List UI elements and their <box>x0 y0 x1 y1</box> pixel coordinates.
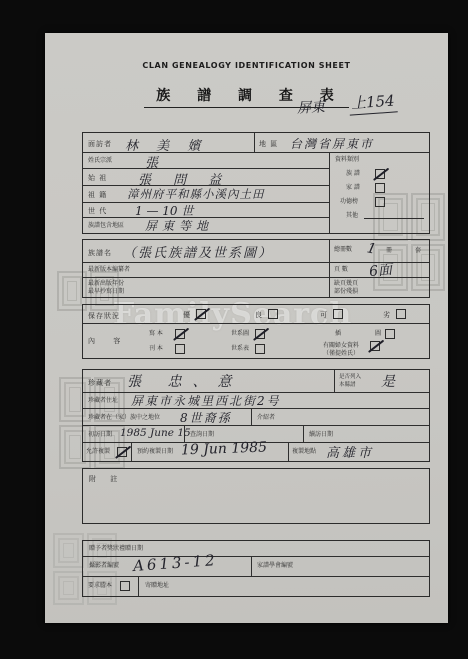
checkbox-transcript-request <box>120 581 130 591</box>
manuscript-label: 寫 本 <box>149 330 163 338</box>
clan-label: 姓氏宗派 <box>88 157 112 165</box>
first-visit-value: 1985 June 15 <box>120 427 191 439</box>
volumes-unit-ce: 冊 <box>386 247 392 255</box>
category-jiapu-label: 家 譜 <box>346 184 360 192</box>
generations-label: 世 代 <box>88 206 107 216</box>
condition-excellent-label: 優 <box>183 310 191 320</box>
coverage-value: 屏東等地 <box>145 217 213 234</box>
interviewer-label: 面訪者 <box>88 139 112 149</box>
coverage-label: 族譜包含地區 <box>88 222 124 230</box>
region-label: 地 區 <box>259 139 278 149</box>
listed-value: 是 <box>381 371 395 391</box>
collector-position-label: 珍藏者在（家）族中之地位 <box>88 414 160 422</box>
publish-year-label: 最新出版年份 <box>88 280 124 288</box>
checkbox-women-data <box>370 341 380 351</box>
collector-value: 張 忠、意 <box>127 371 242 391</box>
filmer-number-label: 攝影者編號 <box>89 562 119 570</box>
missing-pages-label: 缺頁幾頁 <box>334 280 358 288</box>
page-ref-place: 屏東 <box>296 96 325 117</box>
introducer-label: 介紹者 <box>257 414 275 422</box>
condition-good-label: 良 <box>255 310 263 320</box>
inquiry-date-label: 查詢日期 <box>190 431 214 439</box>
society-number-label: 家譜學會編號 <box>257 562 293 570</box>
scanned-document: CLAN GENEALOGY IDENTIFICATION SHEET 族 譜 … <box>0 0 468 659</box>
filmer-number-value: A613-12 <box>132 551 218 575</box>
ancestral-home-value: 漳州府平和縣小溪內土田 <box>127 186 265 202</box>
genealogy-title-label: 族譜名 <box>88 248 112 258</box>
first-visit-label: 初訪日期 <box>88 431 112 439</box>
copy-date-value: 19 Jun 1985 <box>181 440 268 459</box>
category-gongde-label: 功德榜 <box>340 198 358 206</box>
women-data-note: （僅提姓氏） <box>323 350 359 358</box>
women-data-label: 有關婦女資料 <box>323 342 359 350</box>
title-table: 族譜名 （張氏族譜及世系圖） 總冊數 1 冊 套 最新版本編纂者 頁 數 6面 … <box>82 239 430 298</box>
checkbox-manuscript <box>175 329 185 339</box>
page-ref-number: 上154 <box>348 89 397 115</box>
collector-label: 珍藏者 <box>88 378 112 388</box>
collector-address-value: 屏東市永城里西北街2号 <box>131 392 281 409</box>
volumes-label: 總冊數 <box>334 246 352 254</box>
compiler-label: 最新版本編纂者 <box>88 266 130 274</box>
copy-place-value: 高雄市 <box>326 442 374 461</box>
revisit-date-label: 續訪日期 <box>309 431 333 439</box>
checkbox-gongde <box>375 197 385 207</box>
partial-damage-label: 部份殘損 <box>334 288 358 296</box>
english-title: CLAN GENEALOGY IDENTIFICATION SHEET <box>45 61 448 70</box>
other-blank-line <box>364 218 424 219</box>
checkbox-printed <box>175 344 185 354</box>
checkbox-fair <box>333 309 343 319</box>
checkbox-lineage-table <box>255 344 265 354</box>
contents-label: 內 容 <box>88 336 128 346</box>
condition-table: 保存狀況 優 良 可 劣 內 容 寫 本 世系圖 插 圖 刊 本 世系表 有關婦… <box>82 304 430 359</box>
earliest-copy-label: 最早抄寫日期 <box>88 288 124 296</box>
owner-table: 珍藏者 張 忠、意 是否列入 本縣譜 是 珍藏者住址 屏東市永城里西北街2号 珍… <box>82 369 430 462</box>
collector-address-label: 珍藏者住址 <box>88 397 118 405</box>
notes-table: 附 註 <box>82 468 430 524</box>
collector-position-value: 8世裔孫 <box>180 409 232 426</box>
volumes-unit-tao: 套 <box>415 247 421 255</box>
printed-label: 刊 本 <box>149 345 163 353</box>
listed-label-line1: 是否列入 <box>339 373 361 381</box>
transcript-request-label: 要求謄本 <box>88 582 112 590</box>
condition-poor-label: 劣 <box>383 310 391 320</box>
condition-label: 保存狀況 <box>88 311 120 321</box>
donor-award-date-label: 贈予者獎狀禮贈日期 <box>89 545 143 553</box>
lineage-chart-label: 世系圖 <box>231 330 249 338</box>
category-other-label: 其他 <box>346 212 358 220</box>
pages-value: 6面 <box>368 259 393 281</box>
genealogy-title-value: （張氏族譜及世系圖） <box>123 242 273 261</box>
copy-date-label: 預約複製日期 <box>137 448 173 456</box>
lineage-table-label: 世系表 <box>231 345 249 353</box>
mailing-address-label: 寄贈地址 <box>145 582 169 590</box>
listed-label-line2: 本縣譜 <box>339 381 356 389</box>
form-paper: CLAN GENEALOGY IDENTIFICATION SHEET 族 譜 … <box>45 33 448 623</box>
pages-label: 頁 數 <box>334 266 348 274</box>
copy-place-label: 複製地點 <box>292 448 316 456</box>
checkbox-zupu <box>375 169 385 179</box>
ancestral-home-label: 祖 籍 <box>88 190 107 200</box>
checkbox-illustration <box>385 329 395 339</box>
checkbox-good <box>268 309 278 319</box>
checkbox-lineage-chart <box>255 329 265 339</box>
checkbox-permit-copy <box>117 447 127 457</box>
admin-table: 贈予者獎狀禮贈日期 攝影者編號 A613-12 家譜學會編號 要求謄本 寄贈地址 <box>82 540 430 597</box>
region-value: 台灣省屏東市 <box>290 135 374 152</box>
interviewer-value: 林 美 嬪 <box>125 135 207 154</box>
permit-copy-label: 允許複製 <box>86 448 110 456</box>
checkbox-excellent <box>196 309 206 319</box>
condition-fair-label: 可 <box>320 310 328 320</box>
category-zupu-label: 族 譜 <box>346 170 360 178</box>
checkbox-poor <box>396 309 406 319</box>
category-label: 資料類別 <box>335 156 359 164</box>
volumes-value: 1 <box>365 240 377 258</box>
checkbox-jiapu <box>375 183 385 193</box>
notes-label: 附 註 <box>89 474 123 484</box>
first-ancestor-label: 始 祖 <box>88 173 107 183</box>
basic-info-table: 面訪者 林 美 嬪 地 區 台灣省屏東市 姓氏宗派 張 始 祖 張 問 益 祖 … <box>82 132 430 234</box>
